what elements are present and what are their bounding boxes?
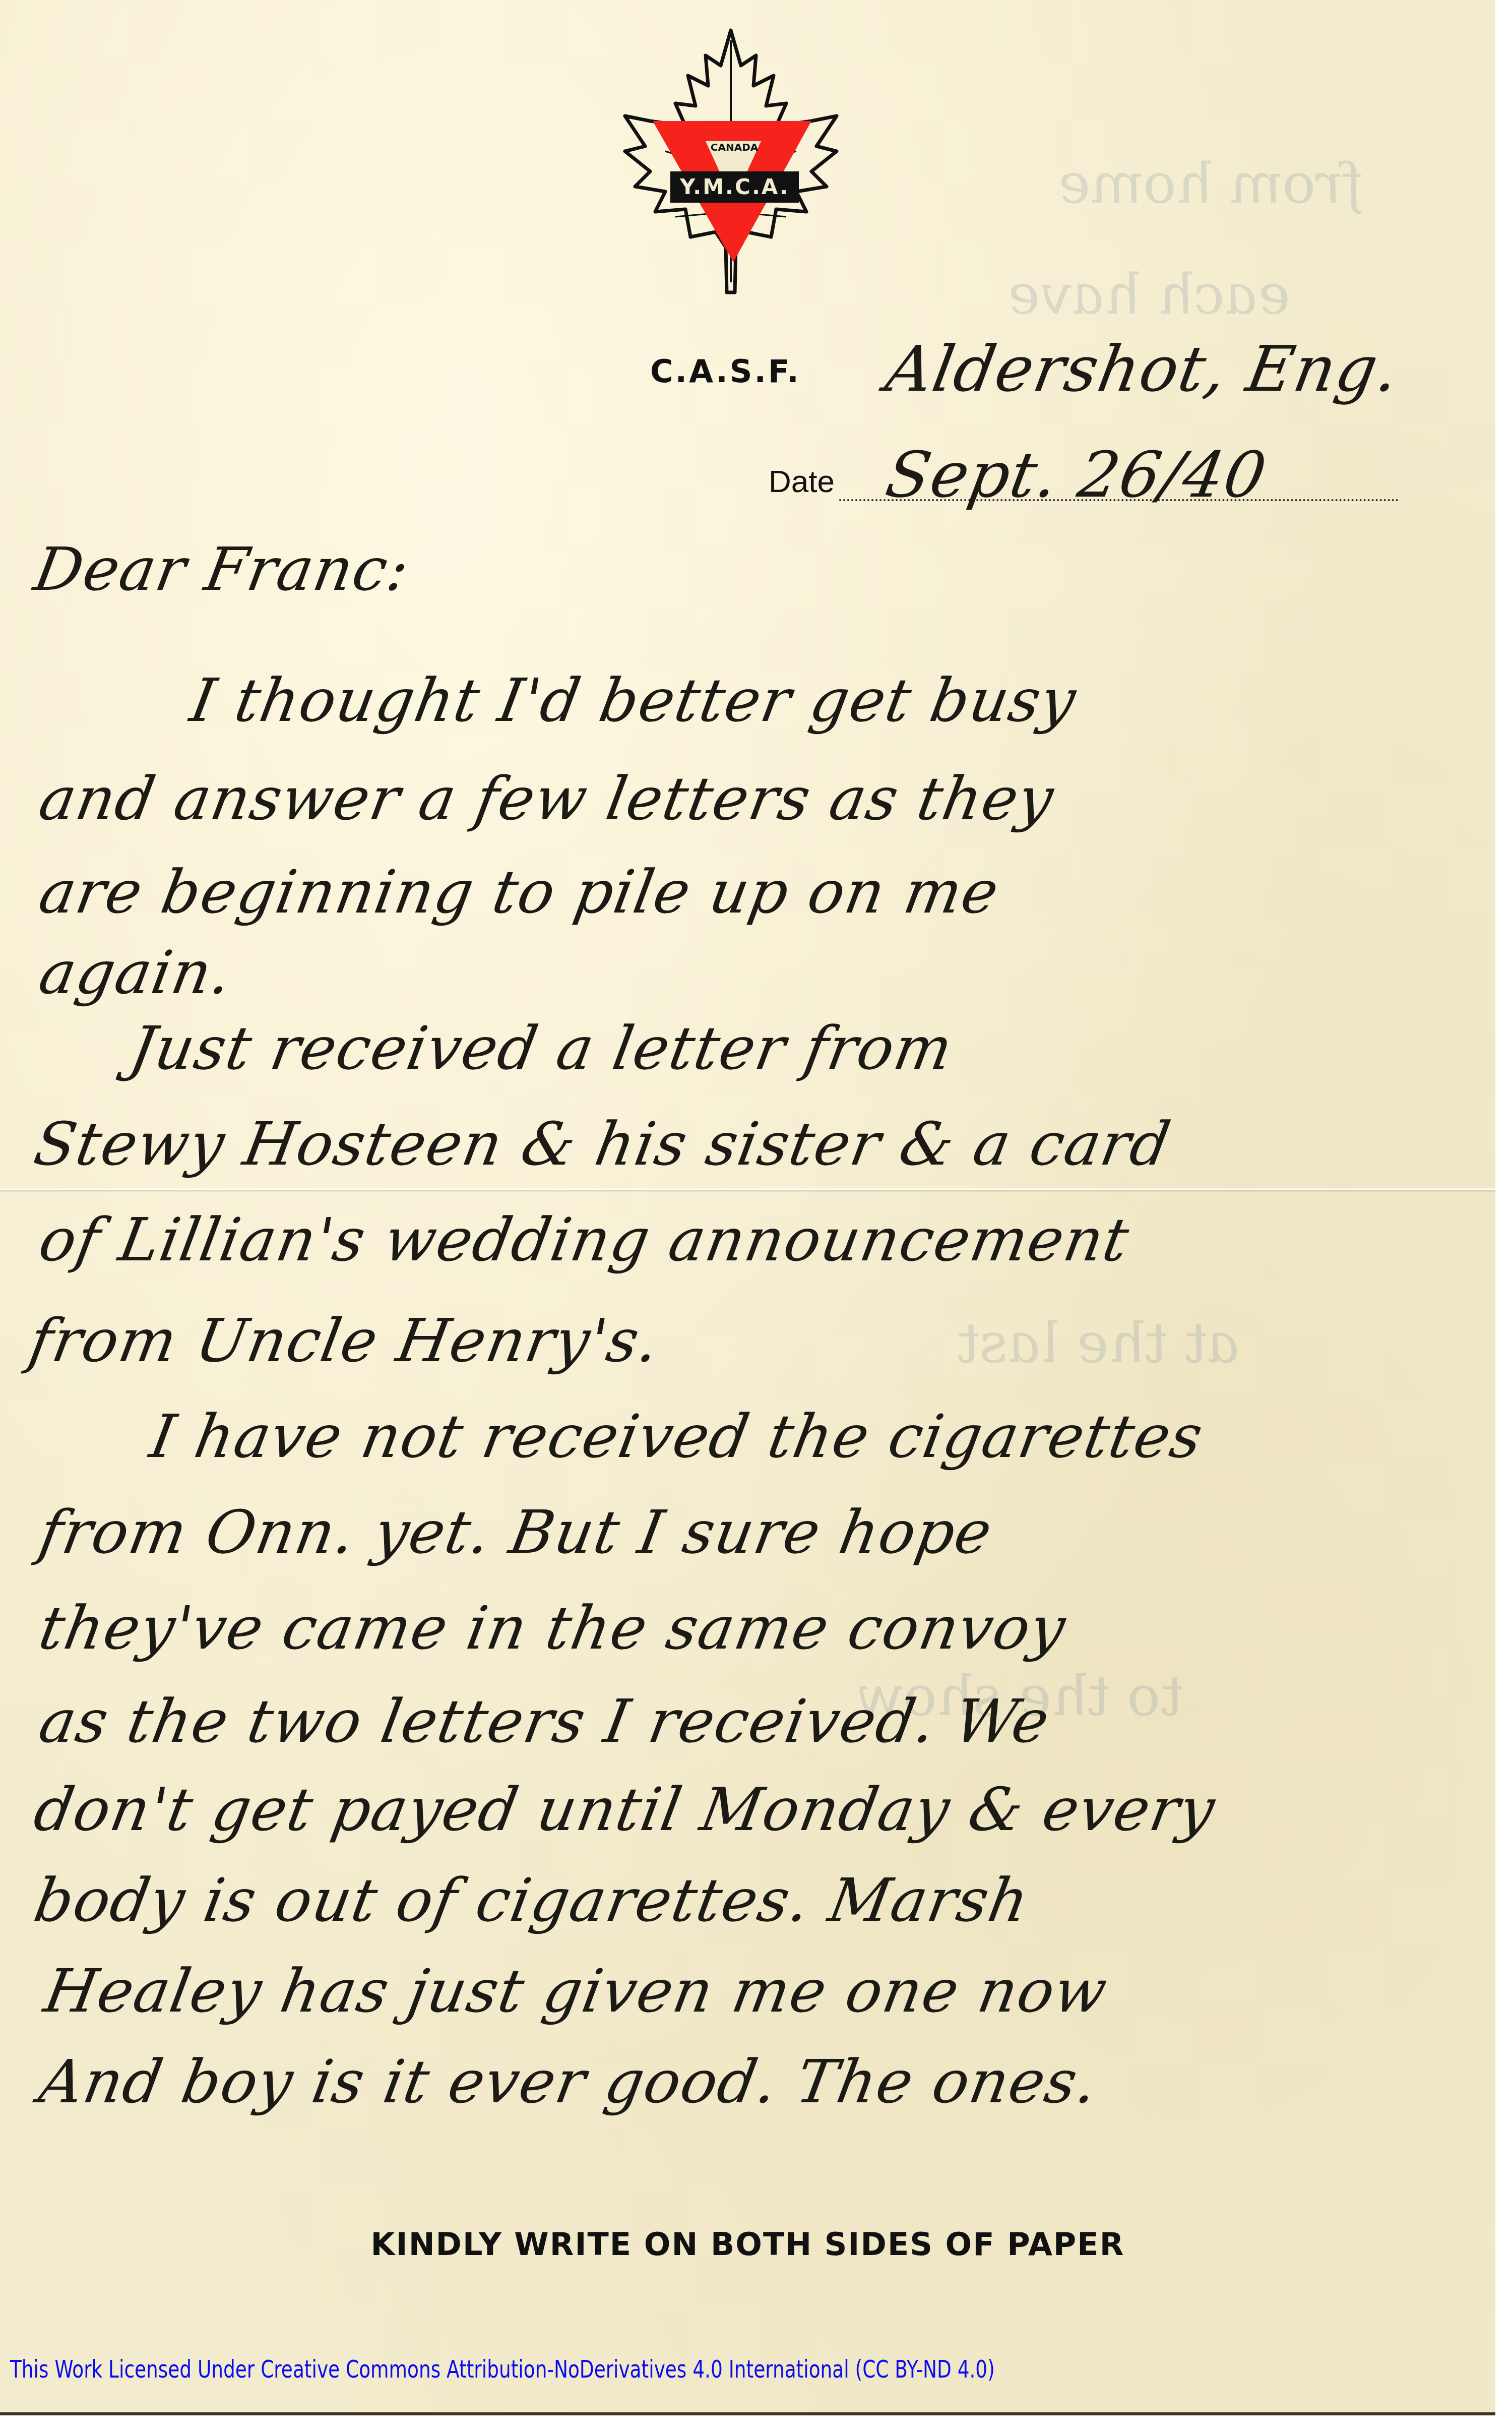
license-notice: This Work Licensed Under Creative Common… [10, 2355, 995, 2384]
salutation: Dear Franc: [29, 534, 415, 604]
letter-line: of Lillian's wedding announcement [34, 1205, 1135, 1274]
letter-line: from Onn. yet. But I sure hope [34, 1497, 998, 1567]
letter-line: don't get payed until Monday & every [29, 1775, 1221, 1844]
show-through-text: at the last [952, 1311, 1246, 1375]
letter-line: Stewy Hosteen & his sister & a card [29, 1109, 1176, 1179]
letter-line: Just received a letter from [125, 1013, 959, 1083]
letter-line: and answer a few letters as they [34, 764, 1059, 833]
letter-paper: from home each have at the last to the s… [0, 0, 1495, 2415]
show-through-text: from home [1053, 151, 1369, 216]
letter-line: from Uncle Henry's. [24, 1306, 665, 1375]
logo-org-text: Y.M.C.A. [670, 174, 799, 199]
letter-place: Aldershot, Eng. [880, 333, 1405, 406]
letter-line: are beginning to pile up on me [34, 857, 1005, 927]
letter-date: Sept. 26/40 [880, 439, 1272, 512]
ymca-logo: CANADA Y.M.C.A. [575, 20, 887, 302]
show-through-text: each have [1002, 262, 1297, 327]
letter-line: body is out of cigarettes. Marsh [29, 1865, 1035, 1935]
fold-crease [0, 1187, 1495, 1192]
letter-line: Healey has just given me one now [39, 1956, 1113, 2026]
letter-line: I have not received the cigarettes [145, 1402, 1209, 1471]
letter-line: they've came in the same convoy [34, 1593, 1072, 1663]
ymca-maple-leaf-triangle-icon [575, 20, 887, 302]
logo-country-text: CANADA [707, 141, 762, 153]
letter-line: again. [34, 938, 238, 1007]
paper-footer-instruction: KINDLY WRITE ON BOTH SIDES OF PAPER [0, 2226, 1495, 2263]
unit-label: C.A.S.F. [650, 353, 801, 390]
letter-line: And boy is it ever good. The ones. [34, 2047, 1103, 2116]
letter-line: as the two letters I received. We [34, 1686, 1055, 1756]
letter-line: I thought I'd better get busy [185, 665, 1082, 735]
date-label: Date [769, 464, 835, 500]
